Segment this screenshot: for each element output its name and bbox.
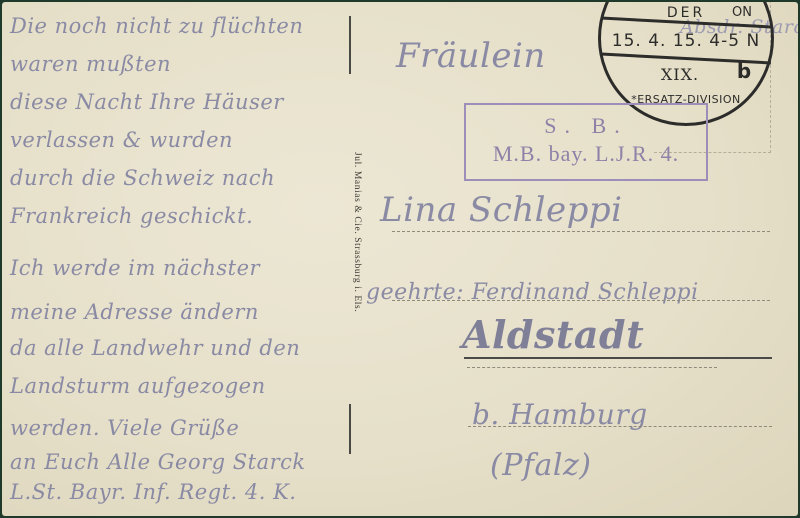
unit-stamp-line2: M.B. bay. L.J.R. 4. [466,141,706,167]
message-line: da alle Landwehr und den [10,336,300,360]
address-country: (Pfalz) [490,448,591,483]
message-line: Die noch nicht zu flüchten [10,14,303,38]
message-line: waren mußten [10,52,171,76]
center-divider [349,16,351,74]
center-divider [349,404,351,454]
message-line: Ich werde im nächster [10,256,260,280]
message-line: meine Adresse ändern [10,300,259,324]
address-city: Aldstadt [462,312,644,357]
address-salutation: Fräulein [396,36,546,76]
message-line: L.St. Bayr. Inf. Regt. 4. K. [10,480,296,504]
address-line-3 [467,367,717,368]
message-line: an Euch Alle Georg Starck [10,450,306,474]
message-line: diese Nacht Ihre Häuser [10,90,284,114]
postcard-back: Die noch nicht zu flüchten waren mußten … [2,2,798,516]
message-line: werden. Viele Grüße [10,416,239,440]
address-line-2 [392,300,770,301]
message-line: durch die Schweiz nach [10,166,275,190]
message-line: Landsturm aufgezogen [10,374,266,398]
publisher-imprint: Jul. Manias & Cie. Strassburg i. Els. [352,152,362,312]
address-name: Lina Schleppi [380,190,623,230]
address-care-of: geehrte: Ferdinand Schleppi [366,280,699,305]
message-line: Frankreich geschickt. [10,204,253,228]
postmark-top-right-text: ON [657,5,798,20]
message-line: verlassen & wurden [10,128,233,152]
postmark-suffix: b [659,59,798,83]
unit-stamp: S. B. M.B. bay. L.J.R. 4. [464,103,708,181]
postmark-date: 15. 4. 15. 4-5 N [601,31,771,51]
address-city-underline [464,357,772,359]
address-line-1 [392,231,770,232]
unit-stamp-line1: S. B. [466,113,706,139]
address-line-4 [468,426,772,427]
